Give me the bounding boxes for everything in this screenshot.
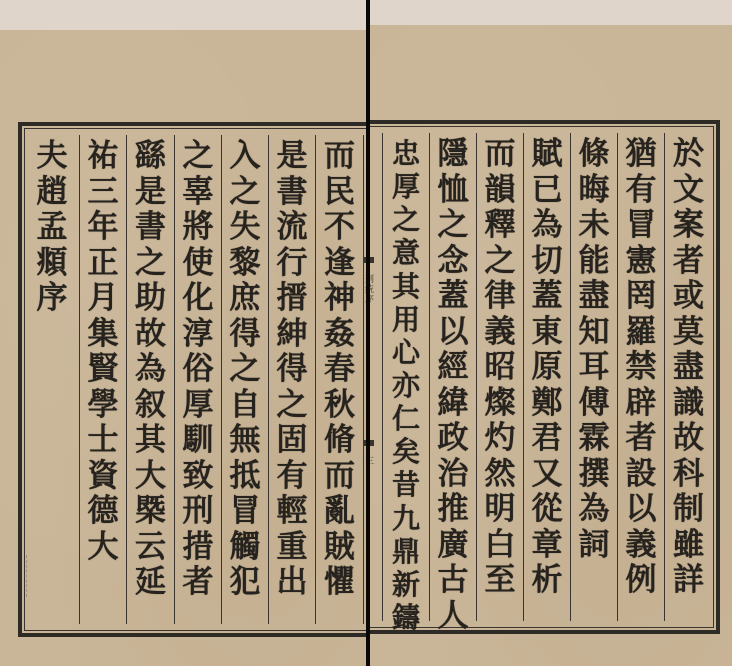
character: 鄭 [532, 386, 563, 422]
left-col-6: 祐三年正月集賢學士資德大 [79, 135, 126, 624]
character: 隱 [438, 137, 469, 173]
character: 九 [392, 502, 420, 535]
character: 灼 [485, 421, 516, 457]
character: 詞 [579, 528, 610, 564]
character: 脩 [324, 423, 355, 459]
character: 云 [135, 530, 166, 566]
character: 紳 [277, 317, 308, 353]
character: 燦 [485, 386, 516, 422]
character: 叙 [135, 388, 166, 424]
left-col-2: 是書流行搢紳得之固有輕重出 [268, 135, 315, 624]
character: 者 [626, 421, 657, 457]
character: 政 [438, 421, 469, 457]
character: 無 [230, 423, 261, 459]
character: 固 [277, 423, 308, 459]
character: 故 [673, 421, 704, 457]
character: 雖 [673, 528, 704, 564]
character: 冒 [230, 494, 261, 530]
character: 助 [135, 281, 166, 317]
character: 鼎 [392, 535, 420, 568]
character: 祐 [88, 139, 119, 175]
character: 矣 [392, 435, 420, 468]
character: 刑 [183, 494, 214, 530]
character: 觸 [230, 530, 261, 566]
character: 羅 [626, 315, 657, 351]
character: 之 [230, 175, 261, 211]
character: 輕 [277, 494, 308, 530]
left-col-1: 而民不逢神姦春秋脩而亂賊懼 [315, 135, 363, 624]
character: 亦 [392, 369, 420, 402]
character: 將 [183, 210, 214, 246]
character: 書 [135, 210, 166, 246]
character: 賊 [324, 530, 355, 566]
right-col-7: 忠厚之意其用心亦仁矣昔九鼎新鑄 [382, 133, 429, 621]
character: 者 [183, 565, 214, 601]
character: 淳 [183, 317, 214, 353]
right-page-frame: 於文案者或莫盡識故科制雖詳 猶有冒憲罔羅禁辟者設以義例 條晦未能盡知耳傅霖撰為詞… [370, 120, 720, 634]
character: 槩 [135, 494, 166, 530]
character: 釋 [485, 208, 516, 244]
left-col-4: 之辜將使化淳俗厚馴致刑措者 [174, 135, 221, 624]
character: 古 [438, 563, 469, 599]
character: 未 [579, 208, 610, 244]
character: 新 [392, 568, 420, 601]
character: 冒 [626, 208, 657, 244]
character: 蓋 [532, 279, 563, 315]
character: 而 [485, 137, 516, 173]
right-col-4: 賦已為切蓋東原鄭君又從章析 [523, 133, 570, 621]
character: 昭 [485, 350, 516, 386]
character: 神 [324, 281, 355, 317]
left-col-5: 繇是書之助故為叙其大槩云延 [126, 135, 174, 624]
right-col-5: 而韻釋之律義昭燦灼然明白至 [476, 133, 523, 621]
character: 君 [532, 421, 563, 457]
character: 忠 [392, 137, 420, 170]
character: 念 [438, 244, 469, 280]
character: 孟 [37, 210, 68, 246]
character: 故 [135, 317, 166, 353]
character: 已 [532, 173, 563, 209]
character: 仁 [392, 402, 420, 435]
character: 之 [277, 388, 308, 424]
character: 識 [673, 386, 704, 422]
character: 三 [88, 175, 119, 211]
character: 鑄 [392, 601, 420, 634]
character: 自 [230, 388, 261, 424]
top-margin-right [370, 0, 732, 25]
character: 以 [626, 492, 657, 528]
character: 然 [485, 457, 516, 493]
character: 厚 [392, 170, 420, 203]
character: 條 [579, 137, 610, 173]
character: 重 [277, 530, 308, 566]
character: 春 [324, 352, 355, 388]
left-page-frame: 而民不逢神姦春秋脩而亂賊懼 是書流行搢紳得之固有輕重出 入之失黎庶得之自無抵冒觸… [18, 122, 370, 637]
character: 而 [324, 459, 355, 495]
character: 白 [485, 528, 516, 564]
character: 犯 [230, 565, 261, 601]
character: 治 [438, 457, 469, 493]
right-col-2: 猶有冒憲罔羅禁辟者設以義例 [617, 133, 664, 621]
character: 猶 [626, 137, 657, 173]
character: 賦 [532, 137, 563, 173]
character: 年 [88, 210, 119, 246]
character: 章 [532, 528, 563, 564]
left-col-3: 入之失黎庶得之自無抵冒觸犯 [221, 135, 268, 624]
character: 正 [88, 246, 119, 282]
right-col-3: 條晦未能盡知耳傅霖撰為詞 [570, 133, 617, 621]
character: 延 [135, 565, 166, 601]
character: 知 [579, 315, 610, 351]
character: 晦 [579, 173, 610, 209]
character: 辜 [183, 175, 214, 211]
character: 俗 [183, 352, 214, 388]
character: 行 [277, 246, 308, 282]
character: 昔 [392, 468, 420, 501]
right-col-6: 隱恤之念蓋以經緯政治推廣古人 [429, 133, 476, 621]
character: 抵 [230, 459, 261, 495]
character: 耳 [579, 350, 610, 386]
character: 秋 [324, 388, 355, 424]
character: 推 [438, 492, 469, 528]
character: 傅 [579, 386, 610, 422]
character: 庶 [230, 281, 261, 317]
character: 盡 [673, 350, 704, 386]
character: 夫 [37, 139, 68, 175]
character: 案 [673, 208, 704, 244]
character: 流 [277, 210, 308, 246]
character: 於 [673, 137, 704, 173]
character: 之 [230, 352, 261, 388]
character: 經 [438, 350, 469, 386]
character: 者 [673, 244, 704, 280]
character: 或 [673, 279, 704, 315]
character: 用 [392, 303, 420, 336]
character: 意 [392, 236, 420, 269]
character: 盡 [579, 279, 610, 315]
character: 不 [324, 210, 355, 246]
character: 德 [88, 494, 119, 530]
character: 有 [626, 173, 657, 209]
character: 撰 [579, 457, 610, 493]
character: 切 [532, 244, 563, 280]
character: 大 [135, 459, 166, 495]
character: 其 [135, 423, 166, 459]
character: 馴 [183, 423, 214, 459]
character: 制 [673, 492, 704, 528]
character: 集 [88, 317, 119, 353]
character: 憲 [626, 244, 657, 280]
character: 韻 [485, 173, 516, 209]
character: 莫 [673, 315, 704, 351]
character: 懼 [324, 565, 355, 601]
character: 之 [392, 203, 420, 236]
top-margin-left [0, 0, 366, 30]
character: 亂 [324, 494, 355, 530]
character: 罔 [626, 279, 657, 315]
character: 又 [532, 457, 563, 493]
character: 心 [392, 336, 420, 369]
character: 賢 [88, 352, 119, 388]
right-col-1: 於文案者或莫盡識故科制雖詳 [664, 133, 712, 621]
character: 化 [183, 281, 214, 317]
character: 使 [183, 246, 214, 282]
character: 而 [324, 139, 355, 175]
left-page-inner-border: 而民不逢神姦春秋脩而亂賊懼 是書流行搢紳得之固有輕重出 入之失黎庶得之自無抵冒觸… [24, 128, 370, 631]
character: 得 [277, 352, 308, 388]
character: 人 [438, 599, 469, 635]
character: 序 [37, 281, 68, 317]
character: 文 [673, 173, 704, 209]
character: 以 [438, 315, 469, 351]
character: 為 [532, 208, 563, 244]
character: 搢 [277, 281, 308, 317]
character: 有 [277, 459, 308, 495]
character: 入 [230, 139, 261, 175]
character: 出 [277, 565, 308, 601]
character: 霖 [579, 421, 610, 457]
character: 士 [88, 423, 119, 459]
character: 之 [438, 208, 469, 244]
character: 從 [532, 492, 563, 528]
character: 東 [532, 315, 563, 351]
character: 繇 [135, 139, 166, 175]
character: 是 [277, 139, 308, 175]
character: 民 [324, 175, 355, 211]
character: 至 [485, 563, 516, 599]
character: 科 [673, 457, 704, 493]
character: 為 [579, 492, 610, 528]
character: 蓋 [438, 279, 469, 315]
character: 頫 [37, 246, 68, 282]
left-col-7: 夫趙孟頫序 [25, 135, 79, 624]
character: 例 [626, 563, 657, 599]
character: 書 [277, 175, 308, 211]
character: 原 [532, 350, 563, 386]
character: 月 [88, 281, 119, 317]
character: 大 [88, 530, 119, 566]
character: 詳 [673, 563, 704, 599]
character: 辟 [626, 386, 657, 422]
character: 黎 [230, 246, 261, 282]
character: 趙 [37, 175, 68, 211]
character: 其 [392, 270, 420, 303]
character: 緯 [438, 386, 469, 422]
character: 明 [485, 492, 516, 528]
character: 姦 [324, 317, 355, 353]
character: 設 [626, 457, 657, 493]
character: 之 [135, 246, 166, 282]
character: 律 [485, 279, 516, 315]
character: 資 [88, 459, 119, 495]
character: 厚 [183, 388, 214, 424]
character: 析 [532, 563, 563, 599]
character: 之 [183, 139, 214, 175]
character: 義 [485, 315, 516, 351]
character: 是 [135, 175, 166, 211]
character: 之 [485, 244, 516, 280]
character: 能 [579, 244, 610, 280]
character: 義 [626, 528, 657, 564]
character: 為 [135, 352, 166, 388]
character: 禁 [626, 350, 657, 386]
character: 失 [230, 210, 261, 246]
character: 恤 [438, 173, 469, 209]
character: 措 [183, 530, 214, 566]
character: 逢 [324, 246, 355, 282]
character: 廣 [438, 528, 469, 564]
character: 學 [88, 388, 119, 424]
character: 致 [183, 459, 214, 495]
right-page-inner-border: 於文案者或莫盡識故科制雖詳 猶有冒憲罔羅禁辟者設以義例 條晦未能盡知耳傅霖撰為詞… [370, 126, 714, 628]
character: 得 [230, 317, 261, 353]
faint-seal-mark [26, 555, 41, 597]
